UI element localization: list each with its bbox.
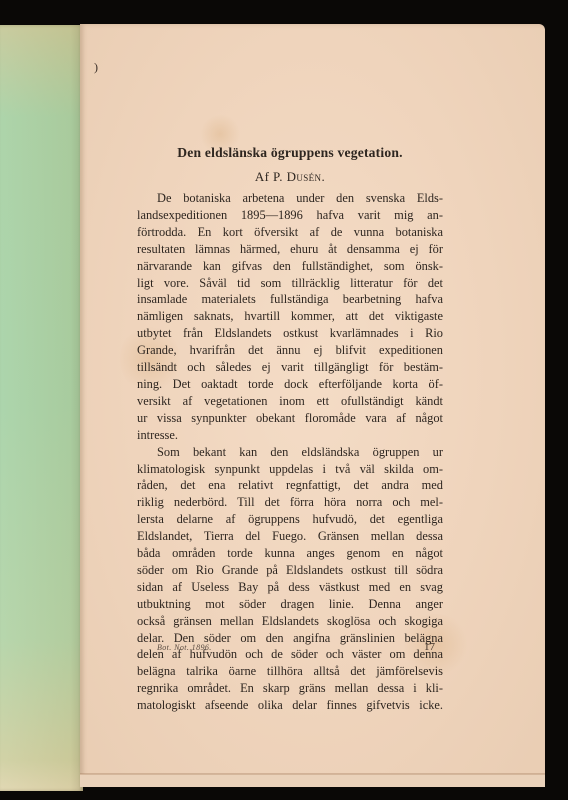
- text-line: versikt af vegetationen inom ett ofullst…: [137, 393, 443, 410]
- text-line: söder om Rio Grande på Eldslandets ostku…: [137, 562, 443, 579]
- margin-mark: ): [94, 60, 98, 75]
- green-cover: [0, 25, 83, 791]
- text-line: sidan af Useless Bay på dess västkust me…: [137, 579, 443, 596]
- paragraph-2: Som bekant kan den eldsländska ögruppen …: [137, 444, 443, 715]
- text-line: Grande, hvarifrån det ännu ej blifvit ex…: [137, 342, 443, 359]
- text-line: riklig nederbörd. Till det förra höra no…: [137, 494, 443, 511]
- text-line: belägna talrika öarne tillhöra alltså de…: [137, 663, 443, 680]
- text-line: insamlade materialets fullständiga bearb…: [137, 291, 443, 308]
- footer-signature: Bot. Not. 1896.: [157, 643, 427, 652]
- text-line: regnrika området. En skarp gräns mellan …: [137, 680, 443, 697]
- text-line: båda områden torde kunna anges genom en …: [137, 545, 443, 562]
- cover-shading: [0, 25, 83, 791]
- text-line: ligt vore. Såväl tid som tillräcklig lit…: [137, 275, 443, 292]
- text-line: också gränsen mellan Eldslandets skoglös…: [137, 613, 443, 630]
- text-line: klimatologisk synpunkt uppdelas i två vä…: [137, 461, 443, 478]
- text-line: nämligen saknats, hvartill kommer, att d…: [137, 308, 443, 325]
- text-line: närvarande kan gifvas den fullständighet…: [137, 258, 443, 275]
- text-line: Som bekant kan den eldsländska ögruppen …: [137, 444, 443, 461]
- text-line: intresse.: [137, 427, 443, 444]
- page-bottom-edge: [80, 774, 545, 787]
- text-line: tillsändt och således ej varit tillgängl…: [137, 359, 443, 376]
- text-line: matologiskt afseende olika delar finnes …: [137, 697, 443, 714]
- author-line: Af P. Dusén.: [137, 168, 443, 186]
- text-line: ning. Det oaktadt torde dock efterföljan…: [137, 376, 443, 393]
- text-line: råden, det ena relativt regnfattigt, det…: [137, 477, 443, 494]
- text-column: Den eldslänska ögruppens vegetation. Af …: [137, 144, 443, 714]
- text-line: utbuktning mot söder dragen linie. Denna…: [137, 596, 443, 613]
- paragraph-1: De botaniska arbetena under den svenska …: [137, 190, 443, 444]
- author-name: Dusén.: [287, 169, 326, 184]
- text-line: De botaniska arbetena under den svenska …: [137, 190, 443, 207]
- page-number: 17: [424, 641, 435, 653]
- text-line: förtrodda. En kort öfversikt af de vunna…: [137, 224, 443, 241]
- author-prefix: Af P.: [255, 169, 283, 184]
- text-line: resultaten lämnas härmed, ehuru åt densa…: [137, 241, 443, 258]
- text-line: ur vissa synpunkter obekant floromåde va…: [137, 410, 443, 427]
- text-line: lersta delarne af ögruppens hufvudö, det…: [137, 511, 443, 528]
- article-title: Den eldslänska ögruppens vegetation.: [137, 144, 443, 162]
- text-line: utbytet från Eldslandets ostkust kvarläm…: [137, 325, 443, 342]
- text-line: landsexpeditionen 1895—1896 hafva varit …: [137, 207, 443, 224]
- text-line: Eldslandet, Tierra del Fuego. Gränsen me…: [137, 528, 443, 545]
